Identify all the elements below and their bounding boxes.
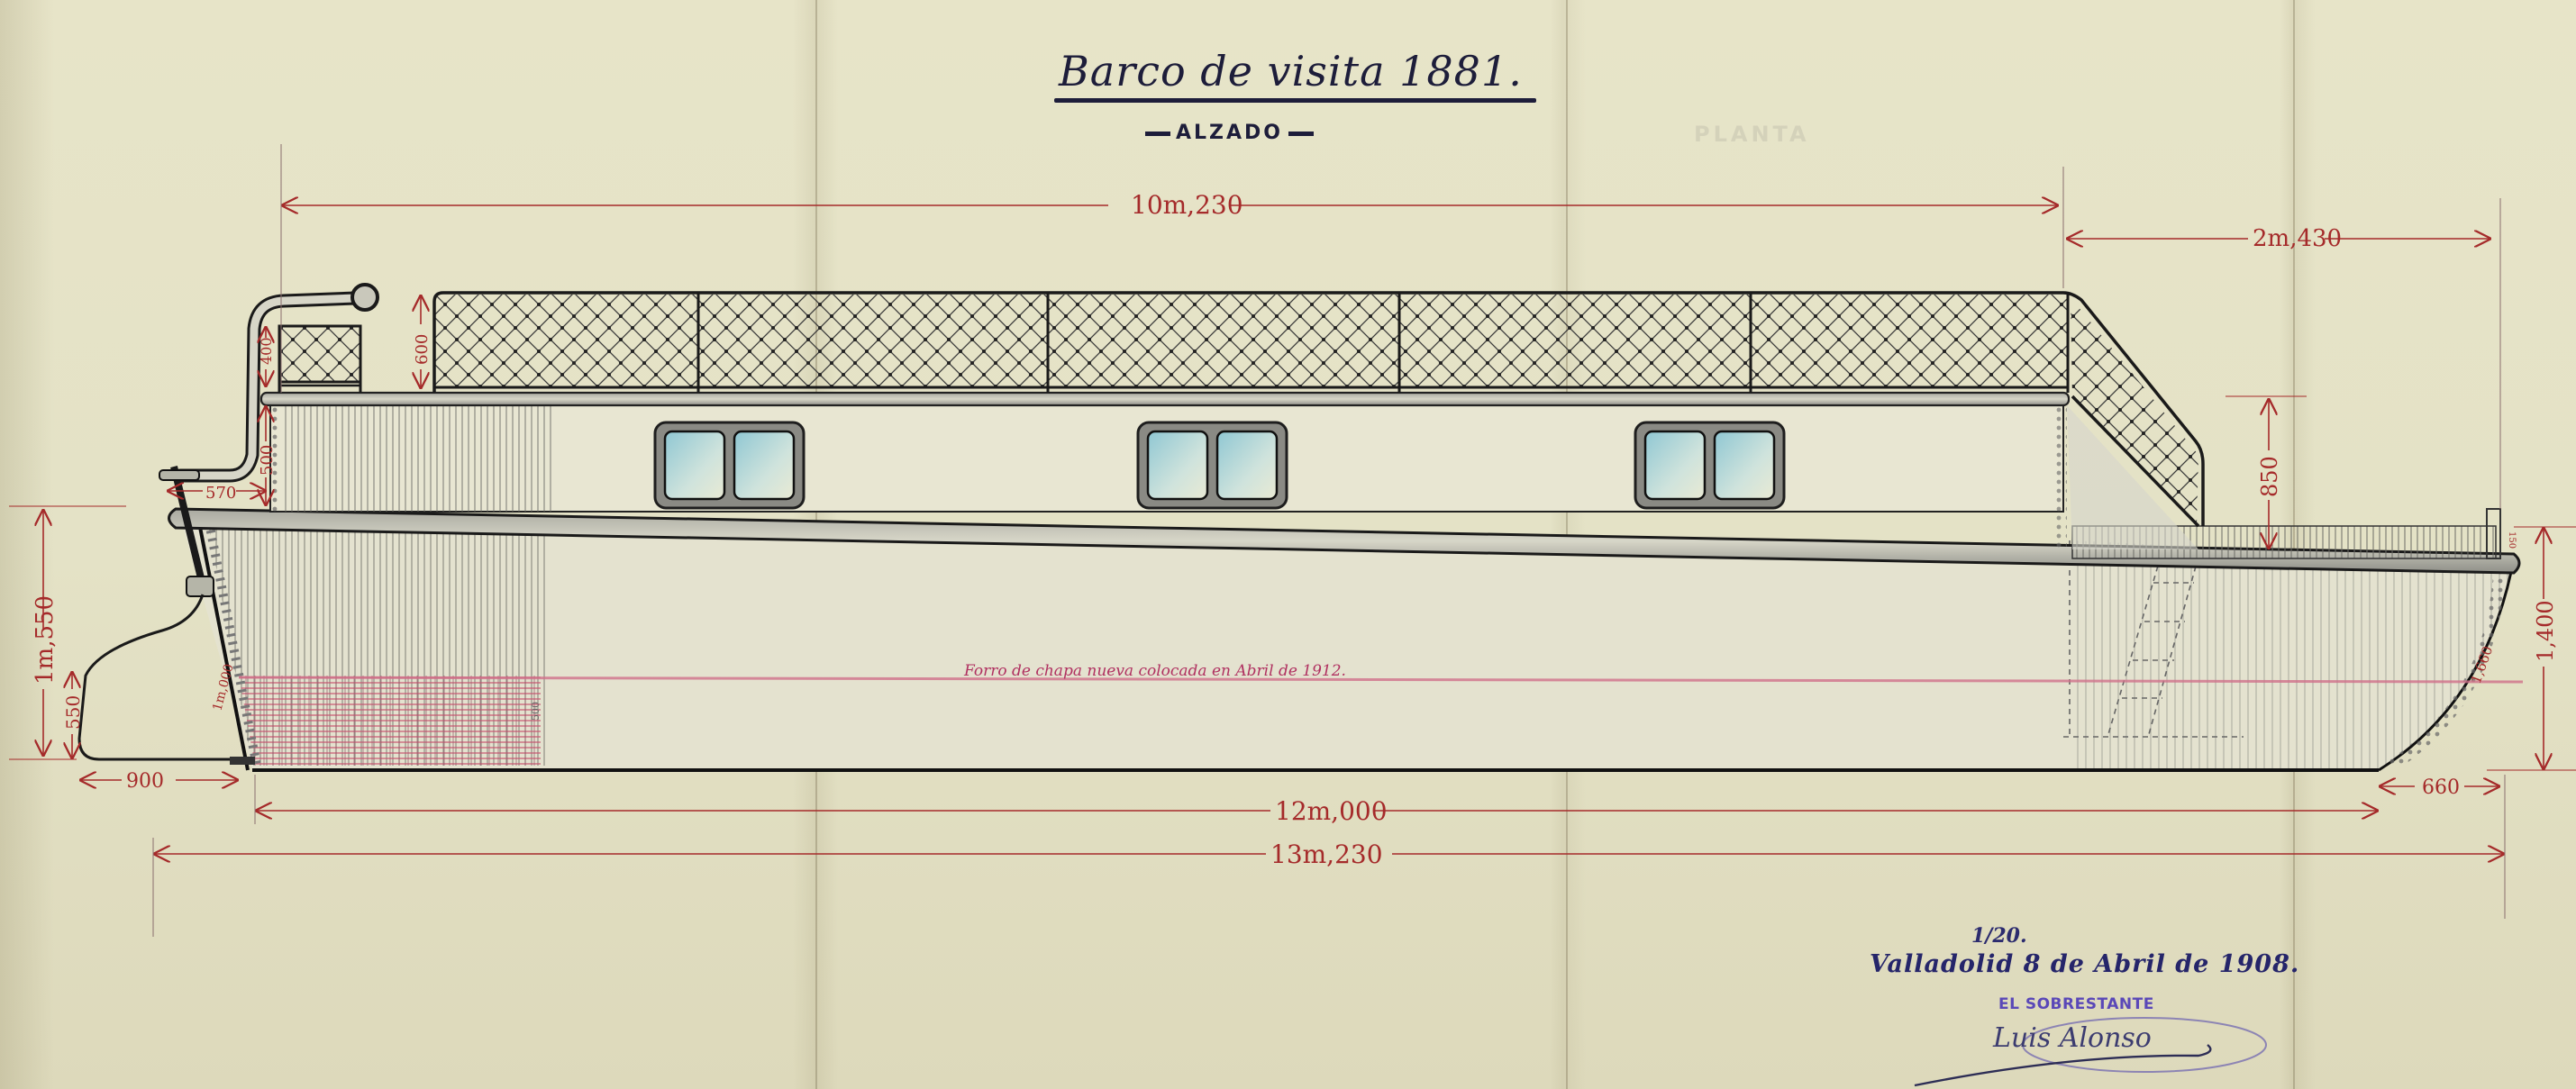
dim-bow-overhang: 900: [126, 770, 164, 793]
official-stamp: EL SOBRESTANTE: [1998, 995, 2154, 1013]
dim-bow-lower-height: 550: [62, 695, 84, 730]
boat-elevation-drawing: 10m,230 2m,430 12m,000 13m,230 660 900 5…: [0, 0, 2576, 1089]
dim-stern-deck-length: 2m,430: [2253, 225, 2342, 252]
place-and-date: Valladolid 8 de Abril de 1908.: [1870, 950, 2299, 978]
scale-label: 1/20.: [1971, 924, 2027, 948]
window: [1138, 422, 1287, 508]
dim-stern-height: 1,400: [2533, 600, 2558, 662]
dim-plating-height: 500: [530, 702, 542, 721]
dim-stern-overhang: 660: [2422, 776, 2460, 799]
dim-stern-top: 150: [2507, 531, 2517, 549]
dim-stern-rail-height: 850: [2257, 456, 2282, 497]
signature: Luis Alonso: [1993, 1022, 2152, 1054]
bow-railing: [279, 326, 360, 393]
dim-bow-height: 1m,550: [32, 595, 59, 685]
dim-hull-length: 12m,000: [1275, 796, 1388, 826]
dim-overall-length: 13m,230: [1270, 839, 1383, 869]
roof-railing: [434, 293, 2068, 393]
blueprint-sheet: PLANTA Barco de visita 1881. ALZADO: [0, 0, 2576, 1089]
dim-bow-rail-offset: 570: [205, 484, 236, 503]
plating-shaded-area: [239, 676, 541, 766]
dim-bow-rail-height: 400: [258, 337, 275, 365]
dim-roof-rail-height: 600: [413, 334, 432, 365]
dim-cabin-length: 10m,230: [1131, 190, 1243, 220]
window: [655, 422, 804, 508]
plating-note: Forro de chapa nueva colocada en Abril d…: [963, 662, 1346, 680]
cabin-roof: [261, 393, 2069, 405]
window: [1635, 422, 1784, 508]
dim-cabin-wall-height: 500: [258, 445, 277, 476]
